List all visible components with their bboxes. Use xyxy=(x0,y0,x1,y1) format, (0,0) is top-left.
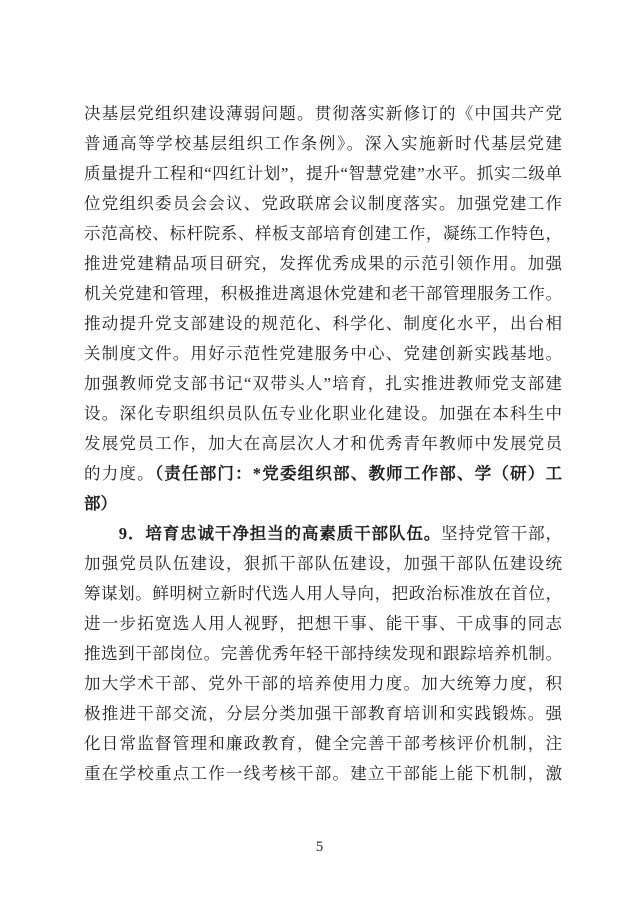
text-segment: 质量提升工程和“四红计划”，提升“智慧党建”水平。抓实二级单 xyxy=(84,164,562,183)
text-line: 部） xyxy=(84,489,562,519)
page-number: 5 xyxy=(0,836,639,858)
text-segment: 普通高等学校基层组织工作条例》。深入实施新时代基层党建 xyxy=(84,134,562,153)
text-line: 的力度。（责任部门：*党委组织部、教师工作部、学（研）工 xyxy=(84,459,562,489)
text-line: 加强教师党支部书记“双带头人”培育，扎实推进教师党支部建 xyxy=(84,369,562,399)
bold-text-segment: 9．培育忠诚干净担当的高素质干部队伍。 xyxy=(119,524,441,543)
text-line: 9．培育忠诚干净担当的高素质干部队伍。坚持党管干部， xyxy=(84,519,562,549)
body-text: 决基层党组织建设薄弱问题。贯彻落实新修订的《中国共产党普通高等学校基层组织工作条… xyxy=(84,99,562,789)
text-line: 重在学校重点工作一线考核干部。建立干部能上能下机制，激 xyxy=(84,759,562,789)
text-segment: 加强党员队伍建设，狠抓干部队伍建设，加强干部队伍建设统 xyxy=(84,554,562,573)
text-line: 极推进干部交流，分层分类加强干部教育培训和实践锻炼。强 xyxy=(84,699,562,729)
text-segment: 决基层党组织建设薄弱问题。贯彻落实新修订的《中国共产党 xyxy=(84,104,562,123)
text-line: 发展党员工作，加大在高层次人才和优秀青年教师中发展党员 xyxy=(84,429,562,459)
text-segment: 推动提升党支部建设的规范化、科学化、制度化水平，出台相 xyxy=(84,314,562,333)
text-line: 加大学术干部、党外干部的培养使用力度。加大统筹力度，积 xyxy=(84,669,562,699)
text-line: 推动提升党支部建设的规范化、科学化、制度化水平，出台相 xyxy=(84,309,562,339)
bold-text-segment: （责任部门：*党委组织部、教师工作部、学（研）工 xyxy=(155,464,562,483)
text-line: 推选到干部岗位。完善优秀年轻干部持续发现和跟踪培养机制。 xyxy=(84,639,562,669)
text-line: 筹谋划。鲜明树立新时代选人用人导向，把政治标准放在首位， xyxy=(84,579,562,609)
text-segment: 极推进干部交流，分层分类加强干部教育培训和实践锻炼。强 xyxy=(84,704,562,723)
text-line: 质量提升工程和“四红计划”，提升“智慧党建”水平。抓实二级单 xyxy=(84,159,562,189)
text-segment: 位党组织委员会会议、党政联席会议制度落实。加强党建工作 xyxy=(84,194,562,213)
text-segment: 推选到干部岗位。完善优秀年轻干部持续发现和跟踪培养机制。 xyxy=(84,644,562,663)
text-segment: 发展党员工作，加大在高层次人才和优秀青年教师中发展党员 xyxy=(84,434,562,453)
text-segment: 关制度文件。用好示范性党建服务中心、党建创新实践基地。 xyxy=(84,344,562,363)
text-segment: 加大学术干部、党外干部的培养使用力度。加大统筹力度，积 xyxy=(84,674,562,693)
text-segment: 进一步拓宽选人用人视野，把想干事、能干事、干成事的同志 xyxy=(84,614,562,633)
text-segment: 坚持党管干部， xyxy=(441,524,562,543)
text-line: 关制度文件。用好示范性党建服务中心、党建创新实践基地。 xyxy=(84,339,562,369)
text-line: 决基层党组织建设薄弱问题。贯彻落实新修订的《中国共产党 xyxy=(84,99,562,129)
text-segment: 筹谋划。鲜明树立新时代选人用人导向，把政治标准放在首位， xyxy=(84,584,562,603)
text-line: 化日常监督管理和廉政教育，健全完善干部考核评价机制，注 xyxy=(84,729,562,759)
text-segment: 加强教师党支部书记“双带头人”培育，扎实推进教师党支部建 xyxy=(84,374,562,393)
text-segment: 机关党建和管理，积极推进离退休党建和老干部管理服务工作。 xyxy=(84,284,562,303)
document-page: 决基层党组织建设薄弱问题。贯彻落实新修订的《中国共产党普通高等学校基层组织工作条… xyxy=(0,0,639,905)
text-segment: 设。深化专职组织员队伍专业化职业化建设。加强在本科生中 xyxy=(84,404,562,423)
text-line: 推进党建精品项目研究，发挥优秀成果的示范引领作用。加强 xyxy=(84,249,562,279)
text-segment: 化日常监督管理和廉政教育，健全完善干部考核评价机制，注 xyxy=(84,734,562,753)
text-segment: 示范高校、标杆院系、样板支部培育创建工作，凝练工作特色， xyxy=(84,224,562,243)
text-segment: 重在学校重点工作一线考核干部。建立干部能上能下机制，激 xyxy=(84,764,562,783)
text-line: 位党组织委员会会议、党政联席会议制度落实。加强党建工作 xyxy=(84,189,562,219)
text-segment: 推进党建精品项目研究，发挥优秀成果的示范引领作用。加强 xyxy=(84,254,562,273)
text-line: 示范高校、标杆院系、样板支部培育创建工作，凝练工作特色， xyxy=(84,219,562,249)
text-line: 设。深化专职组织员队伍专业化职业化建设。加强在本科生中 xyxy=(84,399,562,429)
bold-text-segment: 部） xyxy=(84,494,117,513)
text-line: 普通高等学校基层组织工作条例》。深入实施新时代基层党建 xyxy=(84,129,562,159)
text-line: 机关党建和管理，积极推进离退休党建和老干部管理服务工作。 xyxy=(84,279,562,309)
text-line: 加强党员队伍建设，狠抓干部队伍建设，加强干部队伍建设统 xyxy=(84,549,562,579)
text-line: 进一步拓宽选人用人视野，把想干事、能干事、干成事的同志 xyxy=(84,609,562,639)
text-segment: 的力度。 xyxy=(84,464,155,483)
text-segment xyxy=(84,524,119,543)
